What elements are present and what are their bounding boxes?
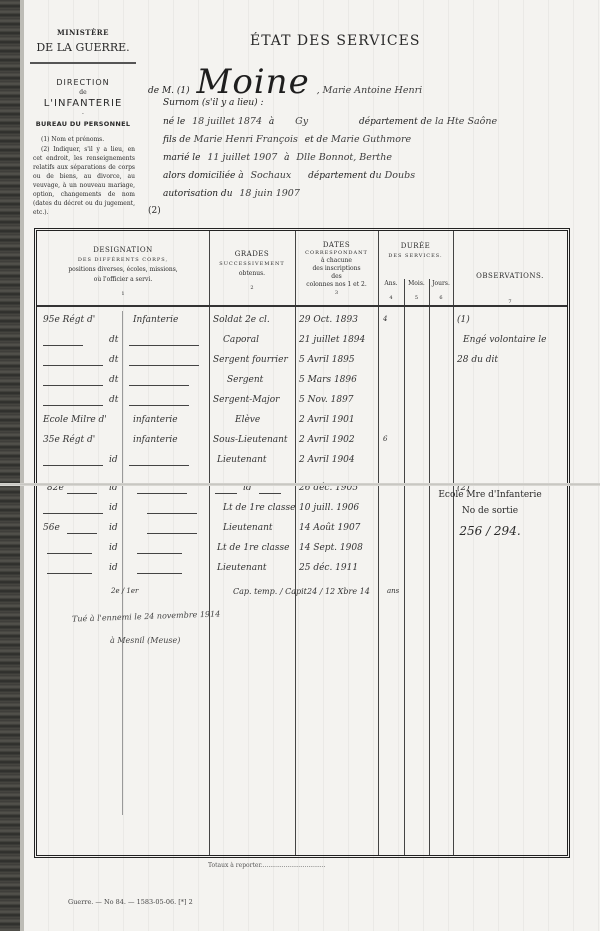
stamp-label: No de sortie (410, 506, 570, 516)
mother-name: e Marie Guthmore (322, 134, 411, 145)
services-table: DESIGNATION DES DIFFÉRENTS CORPS, positi… (34, 228, 570, 858)
note-2-marker: (2) (148, 206, 161, 216)
ne-le-label: né le (163, 117, 185, 127)
col-divider-4 (404, 279, 405, 855)
header-observations: OBSERVATIONS. 7 (453, 271, 567, 307)
header-duree: DURÉE DES SERVICES. (378, 241, 453, 261)
fils-label: fils d (163, 135, 185, 145)
departement-label: département d (359, 117, 426, 127)
birth-line: né le 18 juillet 1874 à Gy département d… (163, 116, 501, 127)
ministry-name: DE LA GUERRE. (30, 41, 136, 54)
birth-departement: e la Hte Saône (426, 116, 497, 127)
binding-edge (20, 0, 24, 931)
direction-name: L'INFANTERIE (30, 98, 136, 109)
col-divider-3 (378, 231, 379, 855)
col-divider-1 (209, 231, 210, 855)
header-dates: DATES CORRESPONDANT à chacune des inscri… (295, 241, 378, 297)
header-rule (30, 62, 136, 64)
a2-label: à (284, 153, 289, 163)
et-label: et d (305, 135, 323, 145)
totaux-label: Totaux à reporter.......................… (208, 862, 326, 869)
bureau-label: BUREAU DU PERSONNEL (30, 120, 136, 128)
direction-label: DIRECTION (30, 78, 136, 87)
given-names: , Marie Antoine Henri (317, 85, 423, 96)
page-binding (0, 0, 20, 931)
page-fold (0, 483, 600, 486)
school-stamp: Ecole Mre d'Infanterie No de sortie 256 … (410, 490, 570, 538)
spouse-name: Dlle Bonnot, Berthe (296, 152, 392, 163)
header-mois: Mois. 5 (404, 279, 429, 303)
col-subdivider (122, 311, 123, 815)
document-title: ÉTAT DES SERVICES (250, 33, 420, 49)
departement2-label: département d (308, 171, 375, 181)
footnote-1: (1) Nom et prénoms. (33, 135, 135, 144)
col-divider-6 (453, 231, 454, 855)
surname: Moine (197, 62, 310, 102)
ministry-label: MINISTÈRE (30, 28, 136, 37)
birth-place: Gy (295, 116, 308, 127)
domicile-line: alors domiciliée à Sochaux département d… (163, 170, 419, 181)
ministry-header: MINISTÈRE DE LA GUERRE. DIRECTION de L'I… (30, 28, 136, 128)
footnotes: (1) Nom et prénoms. (2) Indiquer, s'il y… (33, 135, 135, 218)
header-jours: Jours. 6 (429, 279, 453, 303)
marie-label: marié le (163, 153, 200, 163)
autorisation-line: autorisation du 18 juin 1907 (163, 188, 304, 199)
stamp-school: Ecole Mre d'Infanterie (410, 490, 570, 500)
direction-de: de (30, 89, 136, 96)
stamp-number: 256 / 294. (410, 524, 570, 538)
domicile-departement: u Doubs (376, 170, 416, 181)
footnote-2: (2) Indiquer, s'il y a lieu, en cet endr… (33, 145, 135, 217)
marriage-line: marié le 11 juillet 1907 à Dlle Bonnot, … (163, 152, 396, 163)
domicile: Sochaux (250, 170, 291, 181)
surnom-label: Surnom (s'il y a lieu) : (163, 98, 264, 108)
col-divider-5 (429, 279, 430, 855)
parents-line: fils de Marie Henri François et de Marie… (163, 134, 415, 145)
autorisation-date: 18 juin 1907 (239, 188, 300, 199)
de-m-label: de M. (1) (148, 86, 190, 96)
separator-dot: · (30, 111, 136, 118)
father-name: e Marie Henri François (185, 134, 298, 145)
surnom-line: Surnom (s'il y a lieu) : (163, 98, 264, 108)
marriage-date: 11 juillet 1907 (207, 152, 277, 163)
header-designation: DESIGNATION DES DIFFÉRENTS CORPS, positi… (37, 245, 209, 299)
col-divider-2 (295, 231, 296, 855)
name-line: de M. (1) Moine , Marie Antoine Henri (148, 62, 426, 102)
death-place: à Mesnil (Meuse) (110, 636, 180, 645)
a-label: à (269, 117, 274, 127)
header-ans: Ans. 4 (378, 279, 404, 303)
header-grades: GRADES SUCCESSIVEMENT obtenus. 2 (209, 249, 295, 293)
print-reference: Guerre. — No 84. — 1583-05-06. [*] 2 (68, 898, 193, 906)
birth-date: 18 juillet 1874 (192, 116, 262, 127)
domicile-label: alors domiciliée à (163, 171, 244, 181)
autorisation-label: autorisation du (163, 189, 233, 199)
